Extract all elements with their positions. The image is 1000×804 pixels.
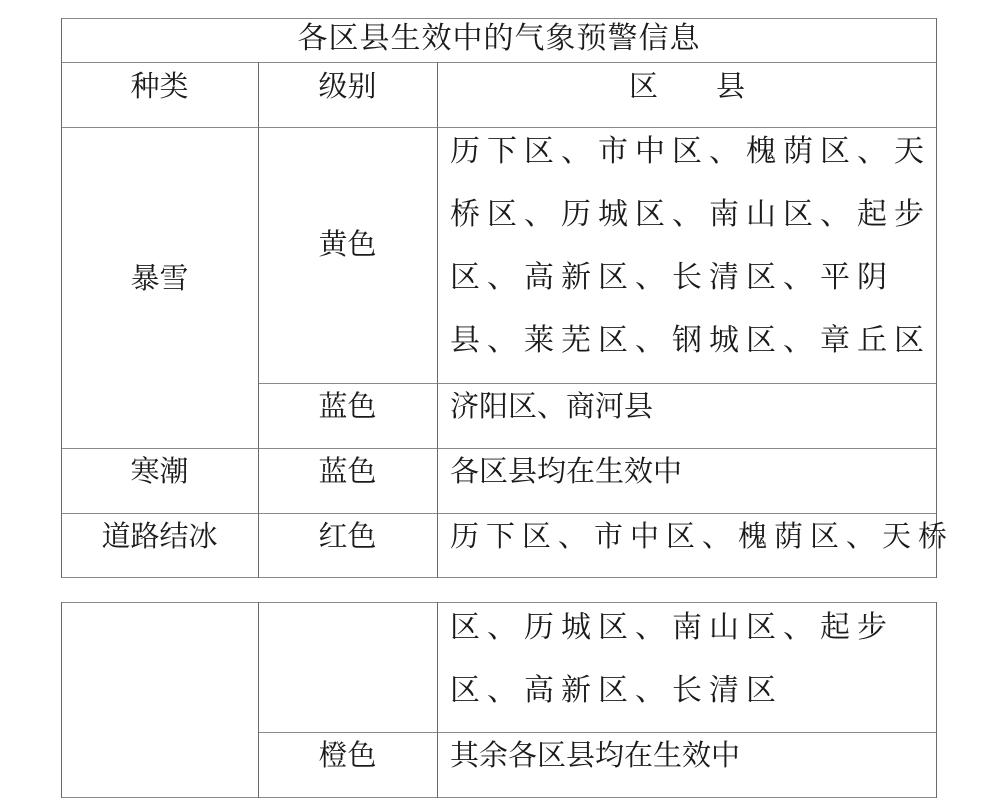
row-divider-road-icing bbox=[61, 513, 937, 514]
road-icing-level-divider bbox=[258, 732, 937, 733]
header-area: 区 县 bbox=[437, 70, 937, 102]
title-row-divider bbox=[61, 62, 937, 63]
table-border-left bbox=[61, 18, 62, 578]
header-level: 级别 bbox=[258, 70, 437, 102]
column-divider-1 bbox=[258, 62, 259, 578]
blizzard-level-divider bbox=[258, 383, 937, 384]
table2-border-left bbox=[61, 602, 62, 798]
table2-border-bottom bbox=[61, 797, 937, 798]
area-road-icing-red-part1: 历下区、市中区、槐荫区、天桥 bbox=[450, 520, 954, 552]
level-yellow: 黄色 bbox=[258, 228, 437, 260]
table2-border-right bbox=[936, 602, 937, 798]
level-orange: 橙色 bbox=[258, 739, 437, 771]
area-road-icing-red-part2: 区、历城区、南山区、起步区、高新区、长清区 bbox=[450, 596, 936, 722]
table-border-right bbox=[936, 18, 937, 578]
header-type: 种类 bbox=[61, 70, 258, 102]
row-divider-cold-wave bbox=[61, 448, 937, 449]
column-divider-2 bbox=[437, 62, 438, 578]
area-road-icing-orange: 其余各区县均在生效中 bbox=[450, 739, 740, 771]
level-blue-blizzard: 蓝色 bbox=[258, 390, 437, 422]
area-blizzard-blue: 济阳区、商河县 bbox=[450, 390, 653, 422]
area-cold-wave: 各区县均在生效中 bbox=[450, 455, 682, 487]
level-blue-cold-wave: 蓝色 bbox=[258, 455, 437, 487]
type-cold-wave: 寒潮 bbox=[61, 455, 258, 487]
area-blizzard-yellow: 历下区、市中区、槐荫区、天桥区、历城区、南山区、起步区、高新区、长清区、平阴县、… bbox=[450, 120, 936, 372]
type-road-icing: 道路结冰 bbox=[61, 520, 258, 552]
table2-column-divider-2 bbox=[437, 602, 438, 798]
type-blizzard: 暴雪 bbox=[61, 262, 258, 294]
level-red: 红色 bbox=[258, 520, 437, 552]
table-border-bottom bbox=[61, 577, 937, 578]
table-border-top bbox=[61, 18, 937, 19]
table-title: 各区县生效中的气象预警信息 bbox=[61, 23, 937, 55]
